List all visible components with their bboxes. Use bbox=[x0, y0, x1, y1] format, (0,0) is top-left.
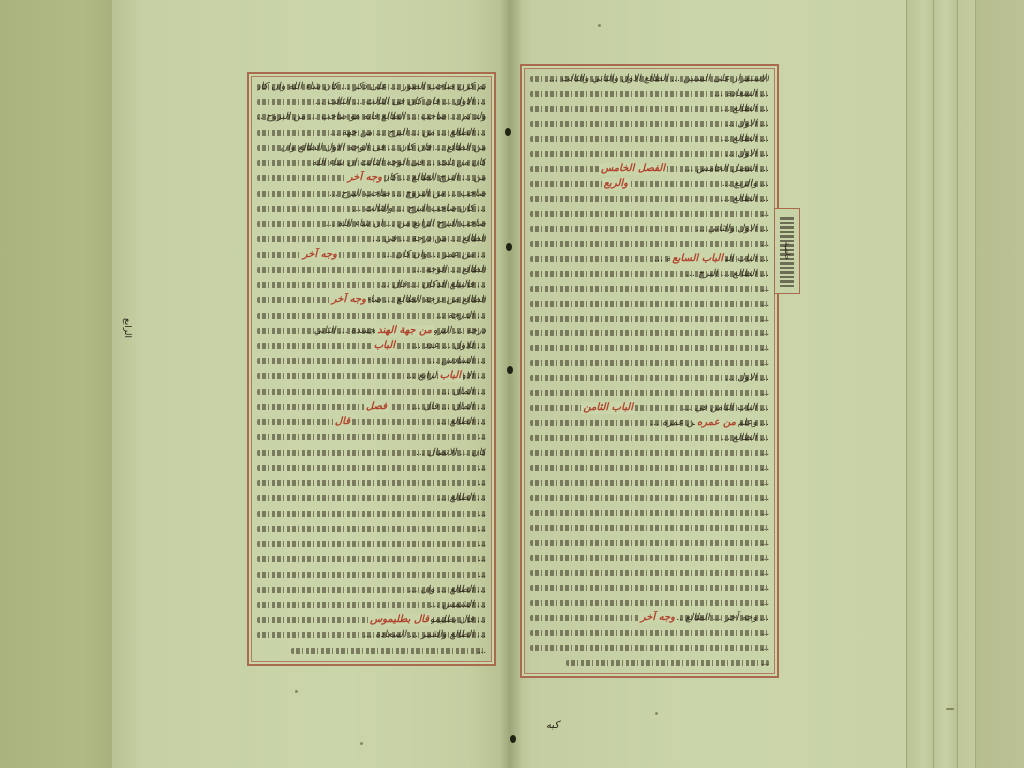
manuscript-line: الطالع ... من درجة ... في ... bbox=[257, 232, 486, 246]
manuscript-line: الطالع ... الوجه ... bbox=[257, 263, 486, 277]
ink-stroke bbox=[257, 526, 486, 532]
line-text: ... bbox=[761, 537, 769, 548]
edge-line bbox=[975, 0, 976, 768]
manuscript-line: ... الطالع ... قال bbox=[257, 415, 486, 429]
manuscript-line: ... bbox=[530, 341, 769, 355]
line-text: ... bbox=[761, 462, 769, 473]
ink-stroke bbox=[530, 510, 769, 516]
line-text: ... bbox=[478, 508, 486, 519]
page-edge-1 bbox=[906, 0, 934, 768]
manuscript-line: ... bbox=[530, 641, 769, 655]
line-text: ... bbox=[761, 447, 769, 458]
background-left bbox=[0, 0, 118, 768]
manuscript-line: ثم كرن صاحب الصور ... على ذكر ... كان شا… bbox=[257, 80, 486, 94]
manuscript-line: ... الاول ... bbox=[530, 117, 769, 131]
manuscript-line: ... من عمر ... وان كان ...وجه آخر bbox=[257, 248, 486, 262]
manuscript-line: كان ... الاتصال ... bbox=[257, 446, 486, 460]
manuscript-line: ... bbox=[257, 537, 486, 551]
rubric-heading: وجه آخر bbox=[330, 294, 368, 306]
line-text: ... فاليبلغ الدكان ... قال ... bbox=[380, 279, 486, 290]
manuscript-line: من الطالع ... فان كان ... فى الوجه الاول… bbox=[257, 141, 486, 155]
manuscript-line: ... الطالع ... البرج ... bbox=[530, 267, 769, 281]
line-text: ... bbox=[761, 283, 769, 294]
ink-stroke bbox=[530, 645, 769, 651]
manuscript-line: ... الشمس ... bbox=[257, 598, 486, 612]
page-edge-3 bbox=[958, 0, 976, 768]
ink-stroke bbox=[257, 541, 486, 547]
manuscript-line: ... bbox=[257, 552, 486, 566]
line-text: كان من ثلث ... فى الوجه الثالث ان شاء ال… bbox=[312, 157, 486, 168]
line-text: ... bbox=[761, 298, 769, 309]
gutter bbox=[500, 0, 522, 768]
manuscript-line: ... bbox=[530, 626, 769, 640]
line-text: ... الطالع ... البرج ... bbox=[686, 268, 769, 279]
manuscript-line: ... الدرجة ... bbox=[257, 309, 486, 323]
line-text: ... السعادة ... bbox=[714, 88, 769, 99]
line-text: ثم كرن صاحب الصور ... على ذكر ... كان شا… bbox=[257, 81, 486, 92]
manuscript-line: ... الباب الثامن في ... الباب الثامن bbox=[530, 401, 769, 415]
rubric-heading: وجه آخر bbox=[346, 172, 384, 184]
manuscript-line: ... bbox=[257, 522, 486, 536]
manuscript-line: ... bbox=[257, 507, 486, 521]
line-text: ... الاول ... bbox=[725, 148, 769, 159]
line-text: ... الشمس ... bbox=[430, 599, 486, 610]
manuscript-line: ... الطالع ... bbox=[530, 132, 769, 146]
manuscript-line: ... bbox=[530, 581, 769, 595]
line-text: ... الطالع ... bbox=[721, 432, 769, 443]
manuscript-line: ... bbox=[530, 476, 769, 490]
ink-stroke bbox=[530, 465, 769, 471]
manuscript-line: ... bbox=[530, 446, 769, 460]
manuscript-line: ... الاول ... bbox=[530, 147, 769, 161]
binding-hole bbox=[505, 128, 511, 136]
ink-stroke bbox=[257, 572, 486, 578]
manuscript-line: ... والربع ... والربع bbox=[530, 177, 769, 191]
ink-stroke bbox=[530, 360, 769, 366]
left-text-frame: ثم كرن صاحب الصور ... على ذكر ... كان شا… bbox=[247, 72, 496, 666]
ink-stroke bbox=[257, 465, 486, 471]
rubric-heading: من جهة الهند bbox=[375, 325, 434, 337]
manuscript-line: صاحب ... من البروج ... صاحب البرج ... bbox=[257, 187, 486, 201]
rubric-heading: وجه آخر bbox=[301, 249, 339, 261]
line-text: ... bbox=[761, 327, 769, 338]
manuscript-line: ... bbox=[530, 312, 769, 326]
marginal-note-text: حاشية bbox=[775, 209, 799, 293]
ink-stroke bbox=[530, 241, 769, 247]
line-text: ... الطالع ... bbox=[721, 103, 769, 114]
page-edge-2 bbox=[934, 0, 958, 768]
line-text: ... bbox=[761, 208, 769, 219]
manuscript-line: ... قال بطليموس ...قال بطليموس bbox=[257, 613, 486, 627]
manuscript-line: درجة ... البروج المنقلبة والمجسدة ... ال… bbox=[257, 324, 486, 338]
manuscript-line: ... الطالع والقمر ... السعادة ... bbox=[257, 628, 486, 642]
ink-stroke bbox=[530, 330, 769, 336]
manuscript-line: كان من ثلث ... فى الوجه الثالث ان شاء ال… bbox=[257, 156, 486, 170]
line-text: ... الدرجة ... bbox=[436, 310, 486, 321]
manuscript-line: الطالع من درجة الطالع ... صاحب ...وجه آخ… bbox=[257, 293, 486, 307]
manuscript-line: ... bbox=[257, 430, 486, 444]
catchword: كبه bbox=[546, 720, 559, 731]
line-text: ... المال ... bbox=[441, 386, 486, 397]
manuscript-line: ... الفصل الخامس ... الفصل الخامس bbox=[530, 162, 769, 176]
ink-stroke bbox=[257, 556, 486, 562]
ink-stroke bbox=[530, 301, 769, 307]
line-text: ... bbox=[478, 477, 486, 488]
manuscript-line: ... الاول ... فان كان فى الثالث ... الثا… bbox=[257, 95, 486, 109]
line-text: ... bbox=[478, 645, 486, 656]
rubric-heading: من عمره bbox=[695, 417, 738, 429]
line-text: ... الطالع ... bbox=[721, 133, 769, 144]
rubric-heading: فصل bbox=[364, 401, 389, 413]
manuscript-line: ... bbox=[530, 566, 769, 580]
line-text: ... كان صاحب البرج ... والثالث ... bbox=[352, 203, 486, 214]
edge-line bbox=[906, 0, 907, 768]
line-text: كان ... الاتصال ... bbox=[416, 447, 486, 458]
line-text: ... bbox=[761, 642, 769, 653]
ink-stroke bbox=[530, 390, 769, 396]
manuscript-line: ولد ثم ... صاحب ... الطالع فانه هو صاحب … bbox=[257, 110, 486, 124]
line-text: ولد ثم ... صاحب ... الطالع فانه هو صاحب … bbox=[257, 111, 486, 122]
manuscript-line: ... bbox=[257, 476, 486, 490]
line-text: ... bbox=[761, 582, 769, 593]
rubric-heading: الباب bbox=[372, 340, 397, 352]
paper-speck bbox=[295, 690, 298, 693]
line-text: ... الطالع ... bbox=[721, 193, 769, 204]
paper-speck bbox=[655, 712, 658, 715]
ink-stroke bbox=[530, 286, 769, 292]
ink-stroke bbox=[530, 570, 769, 576]
manuscript-line: ... الطالع ... وان ... bbox=[257, 583, 486, 597]
line-text: ... المال ... قال ... bbox=[412, 401, 486, 412]
line-text: الطالع ... الوجه ... bbox=[413, 264, 486, 275]
left-text-lines: ثم كرن صاحب الصور ... على ذكر ... كان شا… bbox=[257, 80, 486, 658]
line-text: ... bbox=[761, 357, 769, 368]
manuscript-line: ... bbox=[530, 596, 769, 610]
ink-stroke bbox=[530, 211, 769, 217]
manuscript-line: ... الباب السابع في معرفة ... الباب السا… bbox=[530, 252, 769, 266]
ink-stroke bbox=[530, 495, 769, 501]
line-text: ... الاول ... فان كان فى الثالث ... الثا… bbox=[315, 96, 486, 107]
manuscript-line: ... bbox=[530, 207, 769, 221]
paper-speck bbox=[946, 708, 954, 710]
line-text: ... bbox=[761, 522, 769, 533]
ink-stroke bbox=[257, 434, 486, 440]
line-text: ... bbox=[761, 597, 769, 608]
ink-stroke bbox=[530, 525, 769, 531]
line-text: ... bbox=[761, 342, 769, 353]
manuscript-line: ... bbox=[257, 461, 486, 475]
line-text: ... من عمر ... وان كان ... bbox=[383, 249, 486, 260]
line-text: ... bbox=[761, 552, 769, 563]
line-text: ... الطالع ... bbox=[438, 416, 486, 427]
line-text: ... bbox=[761, 657, 769, 668]
line-text: الاستقرار على السنين ... الطالع الاول وا… bbox=[549, 73, 769, 84]
left-margin-note: الرابع bbox=[118, 318, 132, 364]
manuscript-line: ... bbox=[530, 237, 769, 251]
line-text: ... السادس ... bbox=[429, 355, 486, 366]
line-text: صاحب ... من البروج ... صاحب البرج ... bbox=[329, 188, 486, 199]
manuscript-line: ... الطالع ... bbox=[530, 192, 769, 206]
ink-stroke bbox=[530, 555, 769, 561]
right-text-lines: الاستقرار على السنين ... الطالع الاول وا… bbox=[530, 72, 769, 670]
line-text: ... bbox=[478, 462, 486, 473]
manuscript-line: ... وجه آخر ... الطالع ... وجه آخر bbox=[530, 611, 769, 625]
manuscript-line: ... المال ... bbox=[257, 385, 486, 399]
line-text: الطالع ... من درجة ... في ... bbox=[372, 233, 486, 244]
rubric-heading: الباب السابع bbox=[670, 253, 725, 265]
paper-speck bbox=[598, 24, 601, 27]
manuscript-line: ... bbox=[530, 356, 769, 370]
line-text: ... bbox=[761, 387, 769, 398]
paper-speck bbox=[360, 742, 363, 745]
line-text: ... bbox=[761, 507, 769, 518]
line-text: ... bbox=[478, 569, 486, 580]
ink-stroke bbox=[530, 480, 769, 486]
manuscript-line: ... الطالع ... bbox=[530, 102, 769, 116]
manuscript-line: ... bbox=[530, 656, 769, 670]
rubric-heading: الفصل الخامس bbox=[599, 163, 667, 175]
manuscript-line: ... السادس ... bbox=[257, 354, 486, 368]
manuscript-line: ... الاول والثاني ... bbox=[530, 222, 769, 236]
marginal-note-box: حاشية bbox=[774, 208, 800, 294]
line-text: ... bbox=[761, 627, 769, 638]
manuscript-line: ... الطالع ... من ... البرج ... من جهة .… bbox=[257, 126, 486, 140]
ink-stroke bbox=[291, 648, 486, 654]
binding-hole bbox=[506, 243, 512, 251]
line-text: ... للاول ... عدد ... bbox=[412, 340, 486, 351]
manuscript-line: ... كان صاحب البرج ... والثالث ... bbox=[257, 202, 486, 216]
ink-stroke bbox=[257, 480, 486, 486]
manuscript-line: ... المال ... قال ...فصل bbox=[257, 400, 486, 414]
rubric-heading: قال bbox=[333, 416, 352, 428]
manuscript-line: ... bbox=[257, 568, 486, 582]
line-text: ... bbox=[478, 538, 486, 549]
line-text: ... bbox=[761, 313, 769, 324]
line-text: ... الاول والثاني ... bbox=[696, 223, 769, 234]
line-text: ... وجه آخر ... الطالع ... bbox=[673, 612, 769, 623]
manuscript-line: ... الاول ... bbox=[530, 371, 769, 385]
ink-stroke bbox=[530, 630, 769, 636]
binding-hole bbox=[507, 366, 513, 374]
manuscript-line: من ... البرج الطالع ... كان طالع ...وجه … bbox=[257, 171, 486, 185]
manuscript-line: ... وعلم ما مضى من عمره ...من عمره bbox=[530, 416, 769, 430]
manuscript-line: ... bbox=[530, 506, 769, 520]
manuscript-line: ... bbox=[257, 644, 486, 658]
rubric-heading: وجه آخر bbox=[639, 612, 677, 624]
manuscript-line: ... للاول ... عدد ...الباب bbox=[257, 339, 486, 353]
rubric-heading: والربع bbox=[602, 178, 630, 190]
line-text: ... bbox=[761, 238, 769, 249]
line-text: ... الطالع ... وان ... bbox=[408, 584, 486, 595]
manuscript-line: الاستقرار على السنين ... الطالع الاول وا… bbox=[530, 72, 769, 86]
manuscript-line: ... الاول ... الرابع ...الباب bbox=[257, 369, 486, 383]
ink-stroke bbox=[530, 450, 769, 456]
ink-stroke bbox=[530, 585, 769, 591]
manuscript-line: ... فاليبلغ الدكان ... قال ... bbox=[257, 278, 486, 292]
ink-stroke bbox=[566, 660, 769, 666]
manuscript-line: ... bbox=[530, 282, 769, 296]
ink-stroke bbox=[530, 600, 769, 606]
manuscript-line: صاحب البرج الرابع من ... ان شاء الله ... bbox=[257, 217, 486, 231]
line-text: ... والربع ... bbox=[722, 178, 769, 189]
manuscript-line: ... السعادة ... bbox=[530, 87, 769, 101]
line-text: من الطالع ... فان كان ... فى الوجه الاول… bbox=[281, 142, 486, 153]
left-margin-note-text: الرابع bbox=[122, 318, 132, 338]
manuscript-line: ... bbox=[530, 521, 769, 535]
ink-stroke bbox=[530, 540, 769, 546]
binding-hole bbox=[510, 735, 516, 743]
manuscript-line: ... bbox=[530, 536, 769, 550]
line-text: ... bbox=[761, 492, 769, 503]
line-text: ... الطالع ... من ... البرج ... من جهة .… bbox=[330, 127, 486, 138]
line-text: ... bbox=[761, 567, 769, 578]
line-text: ... الطالع ... bbox=[438, 492, 486, 503]
ink-stroke bbox=[257, 511, 486, 517]
manuscript-line: ... bbox=[530, 297, 769, 311]
manuscript-line: ... bbox=[530, 551, 769, 565]
right-text-frame: الاستقرار على السنين ... الطالع الاول وا… bbox=[520, 64, 779, 678]
line-text: ... الطالع والقمر ... السعادة ... bbox=[363, 629, 486, 640]
line-text: ... bbox=[761, 477, 769, 488]
manuscript-line: ... bbox=[530, 326, 769, 340]
manuscript-line: ... الطالع ... bbox=[530, 431, 769, 445]
manuscript-line: ... bbox=[530, 386, 769, 400]
rubric-heading: قال بطليموس bbox=[368, 614, 431, 626]
edge-line bbox=[957, 0, 958, 768]
edge-line bbox=[933, 0, 934, 768]
manuscript-line: ... bbox=[530, 461, 769, 475]
line-text: صاحب البرج الرابع من ... ان شاء الله ... bbox=[326, 218, 486, 229]
ink-stroke bbox=[530, 316, 769, 322]
background-right bbox=[975, 0, 1024, 768]
manuscript-line: ... الطالع ... bbox=[257, 491, 486, 505]
line-text: ... الاول ... bbox=[725, 372, 769, 383]
line-text: ... bbox=[478, 431, 486, 442]
line-text: ... bbox=[478, 523, 486, 534]
ink-stroke bbox=[530, 345, 769, 351]
rubric-heading: الباب الثامن bbox=[581, 402, 635, 414]
line-text: ... الفصل الخامس ... bbox=[684, 163, 769, 174]
manuscript-line: ... bbox=[530, 491, 769, 505]
line-text: ... الباب الثامن في ... bbox=[682, 402, 769, 413]
line-text: ... bbox=[478, 553, 486, 564]
rubric-heading: الباب bbox=[438, 370, 463, 382]
line-text: ... الاول ... bbox=[725, 118, 769, 129]
